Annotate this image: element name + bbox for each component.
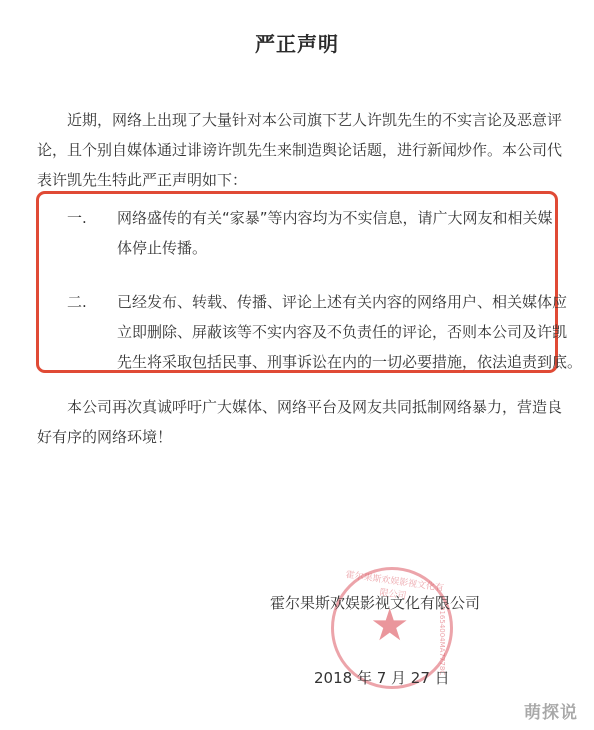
closing-line: 好有序的网络环境！ — [37, 422, 559, 452]
watermark: 萌探说 — [524, 698, 578, 723]
item-line: 立即删除、屏蔽该等不实内容及不负责任的评论，否则本公司及许凯 — [117, 317, 557, 347]
seal-id-text: 91654004MA7778C — [438, 606, 446, 675]
intro-line: 近期，网络上出现了大量针对本公司旗下艺人许凯先生的不实言论及恶意评 — [37, 105, 559, 135]
item-line: 体停止传播。 — [117, 233, 557, 263]
item-line: 网络盛传的有关“家暴”等内容均为不实信息，请广大网友和相关媒 — [117, 203, 557, 233]
closing-line: 本公司再次真诚呼吁广大媒体、网络平台及网友共同抵制网络暴力，营造良 — [37, 392, 559, 422]
highlighted-statement-box: 一. 网络盛传的有关“家暴”等内容均为不实信息，请广大网友和相关媒 体停止传播。… — [36, 191, 558, 373]
statement-title: 严正声明 — [0, 28, 594, 57]
item-line: 已经发布、转载、传播、评论上述有关内容的网络用户、相关媒体应 — [117, 287, 557, 317]
intro-paragraph: 近期，网络上出现了大量针对本公司旗下艺人许凯先生的不实言论及恶意评 论，且个别自… — [37, 105, 559, 195]
signature-company: 霍尔果斯欢娱影视文化有限公司 — [270, 592, 480, 613]
item-text: 已经发布、转载、传播、评论上述有关内容的网络用户、相关媒体应 立即删除、屏蔽该等… — [117, 287, 557, 377]
closing-paragraph: 本公司再次真诚呼吁广大媒体、网络平台及网友共同抵制网络暴力，营造良 好有序的网络… — [37, 392, 559, 452]
item-line: 先生将采取包括民事、刑事诉讼在内的一切必要措施，依法追责到底。 — [117, 347, 557, 377]
signature-date: 2018 年 7 月 27 日 — [314, 667, 450, 688]
item-number: 二. — [67, 287, 97, 317]
item-text: 网络盛传的有关“家暴”等内容均为不实信息，请广大网友和相关媒 体停止传播。 — [117, 203, 557, 263]
intro-line: 论，且个别自媒体通过诽谤许凯先生来制造舆论话题，进行新闻炒作。本公司代 — [37, 135, 559, 165]
item-number: 一. — [67, 203, 97, 233]
